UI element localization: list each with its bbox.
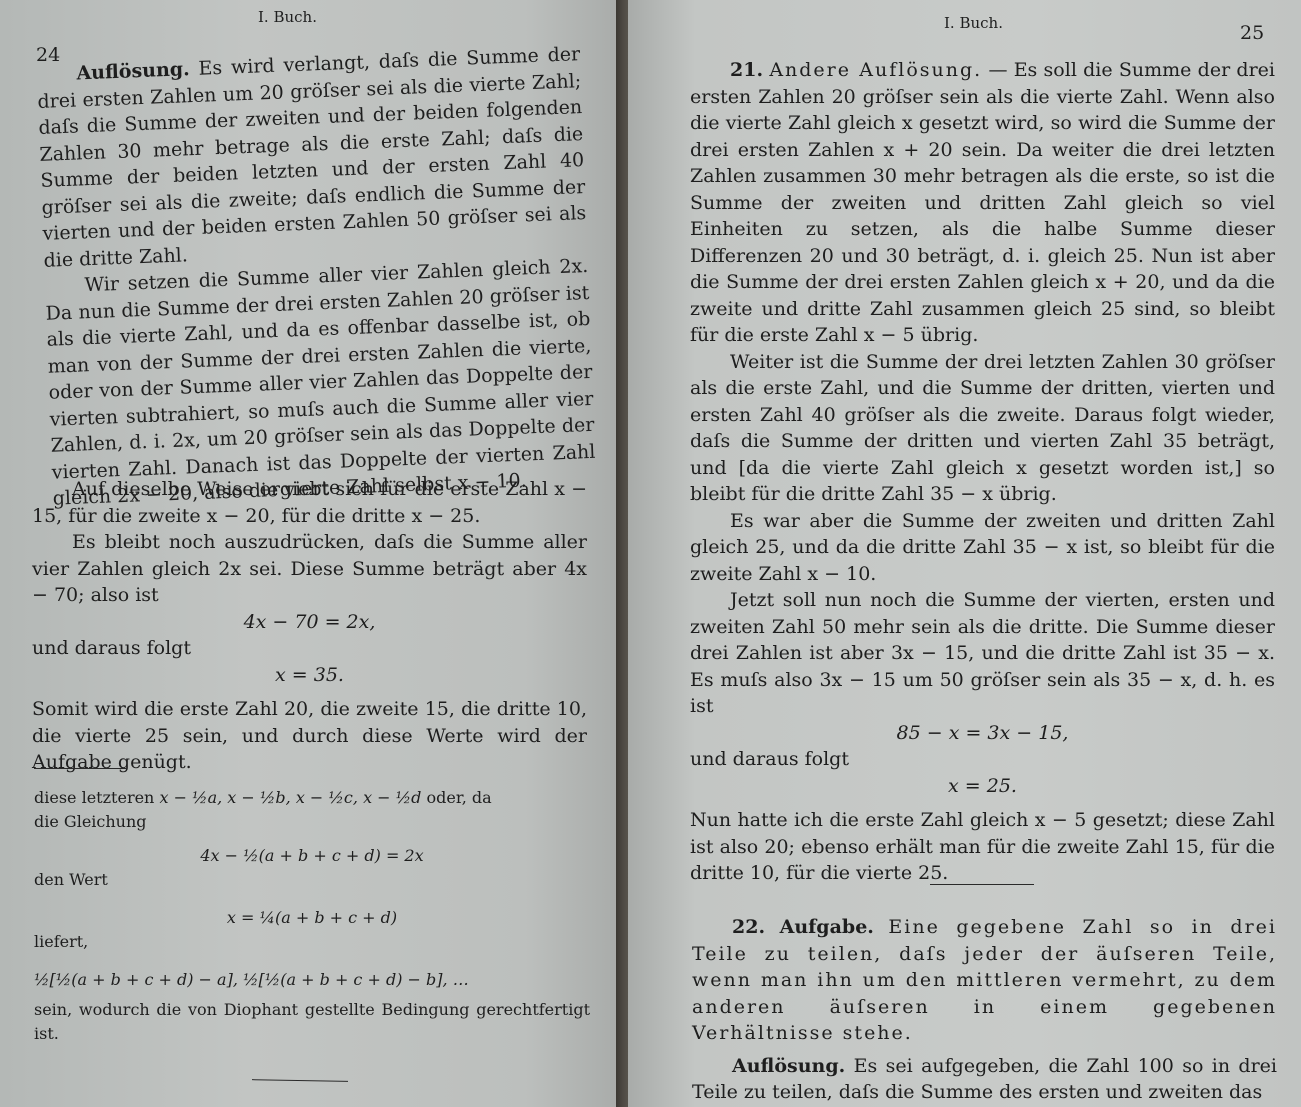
running-head: I. Buch. xyxy=(944,14,1003,32)
paragraph: Auflösung. Es wird verlangt, daſs die Su… xyxy=(36,41,588,274)
conclusion: Nun hatte ich die erste Zahl gleich x − … xyxy=(690,807,1275,887)
paragraph-text: Es soll die Summe der drei ersten Zahlen… xyxy=(690,59,1275,346)
paragraph: Auf dieselbe Weise ergiebt sich für die … xyxy=(32,476,587,529)
equation: x = 35. xyxy=(32,662,587,689)
paragraph: Jetzt soll nun noch die Summe der vierte… xyxy=(690,587,1275,720)
footnote-term: x − ½b, xyxy=(227,788,290,807)
footnote-term: x − ½c, xyxy=(296,788,358,807)
paragraph: Auflösung. Es sei aufgegeben, die Zahl 1… xyxy=(692,1053,1277,1106)
footnote-text: oder, da xyxy=(427,788,492,807)
paragraph-lead: Auflösung. xyxy=(732,1055,845,1077)
paragraph: Weiter ist die Summe der drei letzten Za… xyxy=(690,349,1275,508)
running-head: I. Buch. xyxy=(258,8,317,26)
footnote-text: die Gleichung xyxy=(34,810,590,834)
equation: x = 25. xyxy=(690,773,1275,800)
footnote-text: den Wert xyxy=(34,868,590,892)
right-page: I. Buch. 25 21. Andere Auflösung. — Es s… xyxy=(628,0,1301,1107)
expression: ½[½(a + b + c + d) − a], ½[½(a + b + c +… xyxy=(34,968,590,992)
dash: — xyxy=(988,59,1007,81)
connector-text: und daraus folgt xyxy=(32,635,587,662)
section-rule xyxy=(252,1079,348,1082)
equation: x = ¼(a + b + c + d) xyxy=(34,906,590,930)
section-22: 22. Aufgabe. Eine gegebene Zahl so in dr… xyxy=(692,914,1277,1106)
footnote-term: x − ½a, xyxy=(159,788,222,807)
footnote-line: diese letzteren x − ½a, x − ½b, x − ½c, … xyxy=(34,786,590,810)
footnote-term: x − ½d xyxy=(363,788,421,807)
paragraph: 21. Andere Auflösung. — Es soll die Summ… xyxy=(690,57,1275,349)
paragraph: Es war aber die Summe der zweiten und dr… xyxy=(690,508,1275,588)
paragraph: Wir setzen die Summe aller vier Zahlen g… xyxy=(44,253,597,512)
section-rule xyxy=(930,884,1034,885)
right-main-text: 21. Andere Auflösung. — Es soll die Summ… xyxy=(690,57,1275,887)
page-number: 25 xyxy=(1240,22,1264,44)
equation: 4x − ½(a + b + c + d) = 2x xyxy=(34,844,590,868)
footnote-text: diese letzteren xyxy=(34,788,154,807)
left-main-text: Auflösung. Es wird verlangt, daſs die Su… xyxy=(36,41,597,512)
conclusion: Somit wird die erste Zahl 20, die zweite… xyxy=(32,696,587,776)
section-number: 21. xyxy=(730,59,763,81)
equation: 4x − 70 = 2x, xyxy=(32,609,587,636)
left-lower-text: Auf dieselbe Weise ergiebt sich für die … xyxy=(32,476,587,776)
left-page: I. Buch. 24 Auflösung. Es wird verlangt,… xyxy=(0,0,618,1107)
section-title: Andere Auflösung. xyxy=(769,59,982,81)
footnote-text: liefert, xyxy=(34,930,590,954)
section-number: 22. xyxy=(732,916,765,938)
footnote: diese letzteren x − ½a, x − ½b, x − ½c, … xyxy=(34,786,590,1046)
connector-text: und daraus folgt xyxy=(690,746,1275,773)
section-title: Aufgabe. xyxy=(780,916,874,938)
footnote-text: sein, wodurch die von Diophant gestellte… xyxy=(34,998,590,1046)
paragraph-lead: Auflösung. xyxy=(76,58,190,84)
paragraph: Es bleibt noch auszudrücken, daſs die Su… xyxy=(32,529,587,609)
section-rule xyxy=(34,768,126,769)
paragraph: 22. Aufgabe. Eine gegebene Zahl so in dr… xyxy=(692,914,1277,1047)
equation: 85 − x = 3x − 15, xyxy=(690,720,1275,747)
